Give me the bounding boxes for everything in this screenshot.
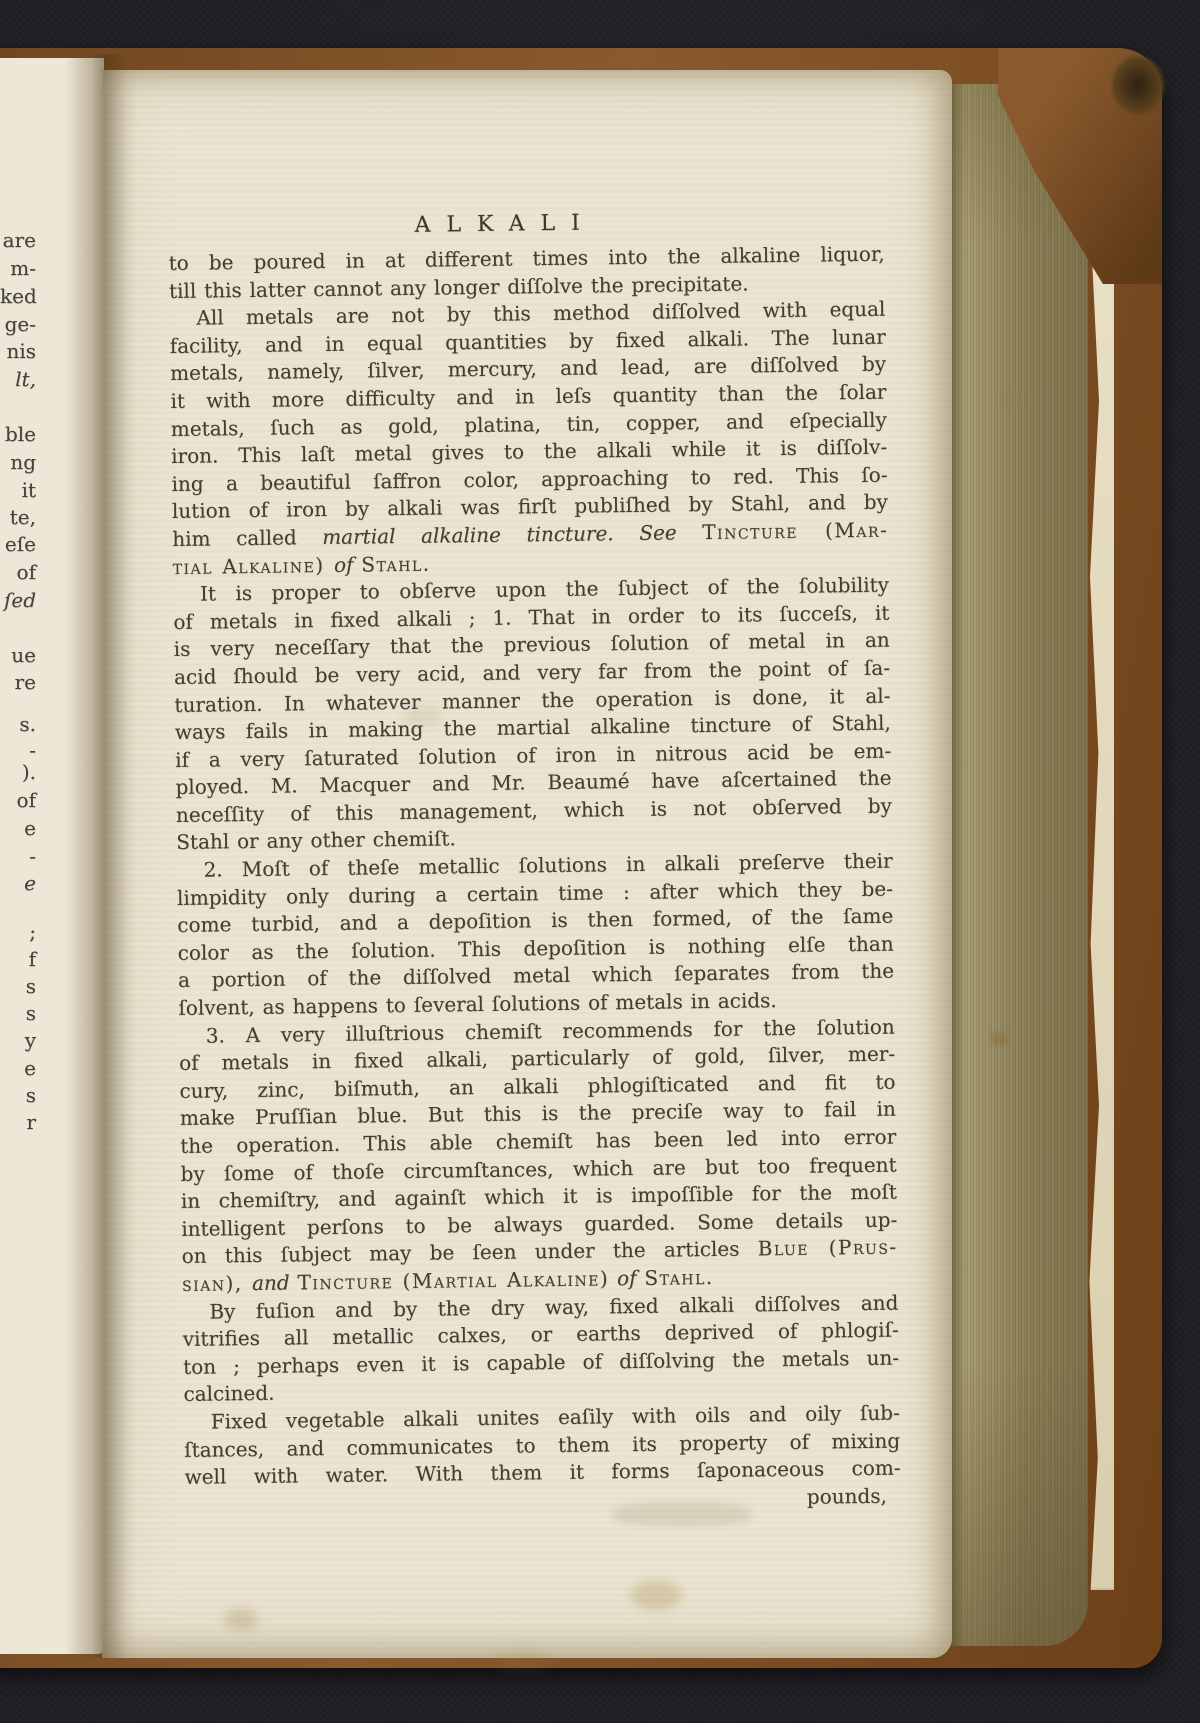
text-segment-sc: tial Alkaline) <box>172 552 334 578</box>
left-page-fragment: e <box>0 816 38 840</box>
text-segment-sc: Stahl. <box>361 551 431 576</box>
left-page-fragment: nis <box>0 339 38 363</box>
page-text-block: ALKALI to be poured in at different time… <box>168 203 901 1520</box>
text-segment: Stahl or any other chemiſt. <box>176 827 456 855</box>
left-page-fragment: of <box>0 560 38 584</box>
text-segment-sc: Tincture (Martial Alkaline) <box>297 1266 609 1294</box>
left-page-fragment: s <box>0 1083 38 1107</box>
left-page-fragment: lt, <box>0 367 38 391</box>
left-page-fragment: y <box>0 1028 38 1052</box>
left-page-fragment: f <box>0 947 38 971</box>
text-segment: him called <box>172 525 322 551</box>
left-page-fragment: r <box>0 1110 38 1134</box>
text-segment: calcined. <box>183 1381 274 1406</box>
text-segment <box>676 520 702 544</box>
left-page-fragment: s. <box>0 712 38 736</box>
worn-corner-spot <box>1112 56 1164 114</box>
body-text-lines: to be poured in at different times into … <box>168 241 900 1492</box>
left-page-fragment: m- <box>0 256 38 280</box>
photo-background: { "document": { "kind": "scanned book pa… <box>0 0 1200 1723</box>
left-page-fragment: e <box>0 871 38 895</box>
left-page-fragment: it <box>0 478 38 502</box>
left-page-fragment: ; <box>0 920 38 944</box>
text-segment-sc: Tincture (Mar- <box>702 518 888 544</box>
text-segment: ſolvent, as happens to ſeveral ſolutions… <box>178 988 777 1020</box>
left-page-fragment: re <box>0 670 38 694</box>
text-segment-i: of <box>617 1266 637 1290</box>
left-page-fragment: ). <box>0 760 38 784</box>
left-page-fragment: ſed <box>0 588 38 612</box>
left-page-fragment: ue <box>0 643 38 667</box>
book-fore-edge-pages <box>948 84 1088 1646</box>
left-page-fragment: - <box>0 738 38 762</box>
left-page-fragment: s <box>0 1001 38 1025</box>
text-segment-sc: sian), <box>182 1271 252 1296</box>
text-segment-i: See <box>639 520 677 544</box>
left-page-fragment: ge- <box>0 312 38 336</box>
text-segment-sc: Stahl. <box>644 1265 714 1290</box>
left-page-fragment: - <box>0 844 38 868</box>
left-page-fragment: are <box>0 228 38 252</box>
facing-page-text-fragments: arem-kedge-nislt,blengitte,eſeofſedueres… <box>0 58 38 1654</box>
left-page-fragment: ng <box>0 450 38 474</box>
text-segment-sc: Blue (Prus- <box>758 1235 898 1261</box>
left-page-fragment: of <box>0 788 38 812</box>
left-page-fragment: s <box>0 974 38 998</box>
left-page-fragment: eſe <box>0 532 38 556</box>
left-page-fragment: e <box>0 1056 38 1080</box>
left-page-fragment: ked <box>0 284 38 308</box>
facing-page-sliver: arem-kedge-nislt,blengitte,eſeofſedueres… <box>0 58 104 1654</box>
text-segment <box>614 521 640 545</box>
left-page-fragment: te, <box>0 505 38 529</box>
text-segment-i: martial alkaline tincture. <box>322 521 614 549</box>
left-page-fragment: ble <box>0 422 38 446</box>
text-segment-i: and <box>252 1270 290 1294</box>
text-segment-i: of <box>334 552 354 576</box>
